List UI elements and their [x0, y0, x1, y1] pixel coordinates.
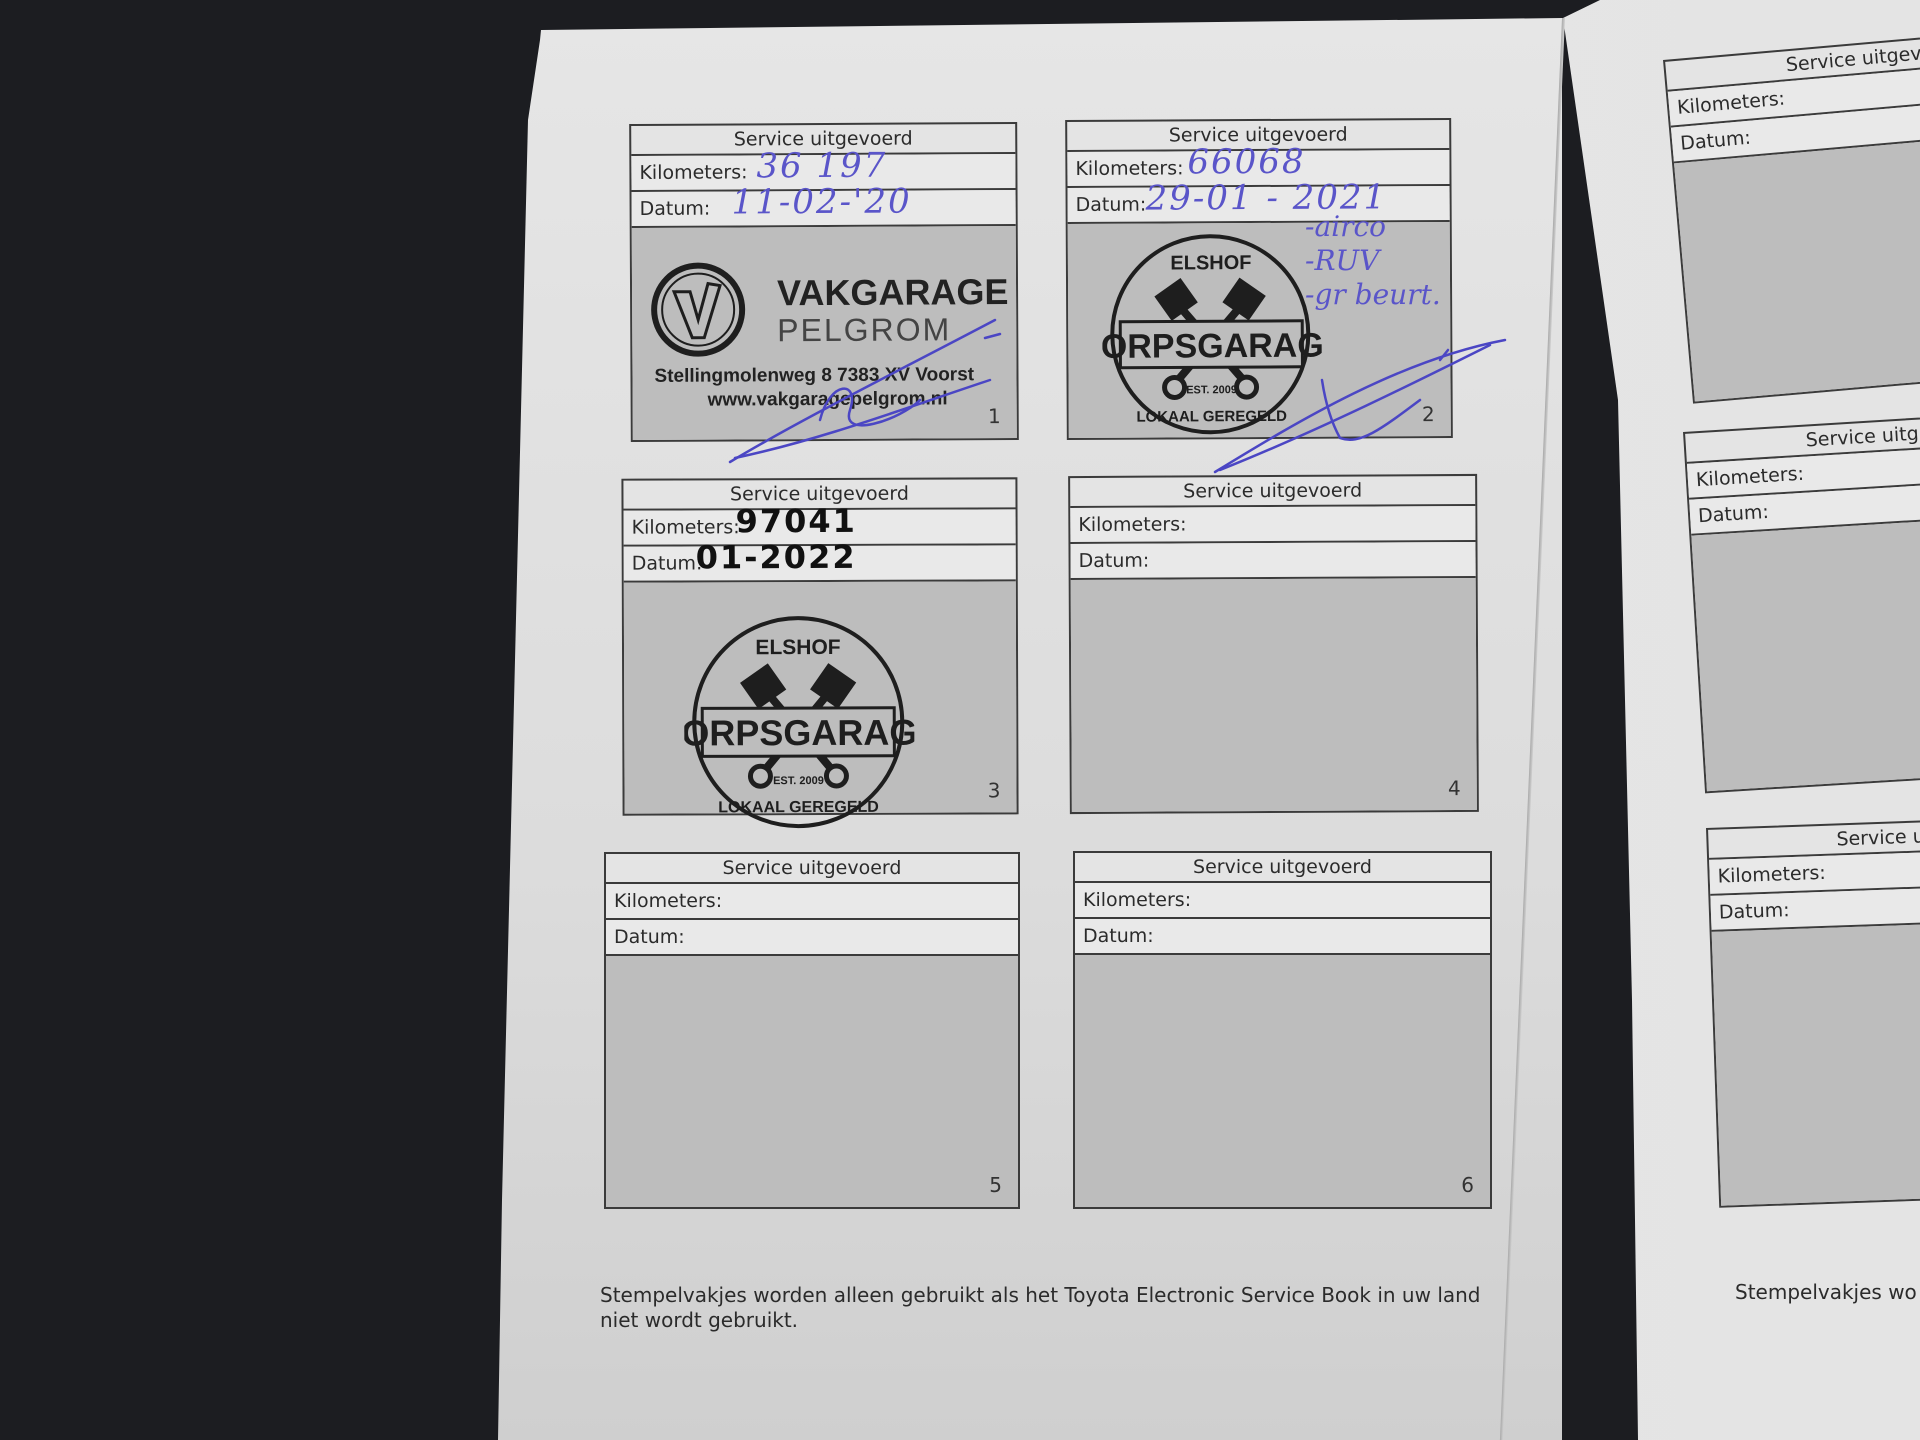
date-label: Datum:: [632, 552, 703, 574]
note-line: -gr beurt.: [1305, 278, 1441, 312]
km-value: 36 197: [756, 149, 887, 184]
km-row: Kilometers:: [1075, 883, 1490, 919]
date-label: Datum:: [1076, 194, 1147, 216]
note-line: -airco: [1305, 210, 1441, 244]
box-number: 2: [1422, 402, 1435, 426]
km-label: Kilometers:: [614, 890, 722, 912]
km-label: Kilometers:: [1717, 862, 1826, 888]
date-row: Datum: 11-02-'20: [632, 190, 1016, 228]
svg-text:ELSHOF: ELSHOF: [755, 636, 840, 659]
note-line: -RUV: [1305, 244, 1441, 278]
km-label: Kilometers:: [1075, 157, 1183, 180]
right-service-box-1: Service uitgevo Kilometers: Datum:: [1663, 34, 1920, 404]
date-label: Datum:: [1719, 899, 1790, 923]
service-box-6: Service uitgevoerd Kilometers: Datum: 6: [1073, 851, 1492, 1209]
date-label: Datum:: [614, 926, 685, 948]
stamp-area: 6: [1075, 955, 1490, 1207]
km-label: Kilometers:: [1676, 88, 1786, 119]
stamp-area: [1674, 138, 1920, 402]
stamp-name-line2: PELGROM: [777, 311, 951, 349]
box-number: 3: [988, 778, 1001, 802]
right-service-box-3: Service u Kilometers: Datum:: [1706, 819, 1920, 1208]
date-label: Datum:: [1697, 501, 1769, 527]
stamp-area: [1712, 923, 1920, 1206]
handwritten-notes: -airco -RUV -gr beurt.: [1305, 210, 1441, 312]
stamp-area: [1691, 519, 1920, 791]
km-row: Kilometers:: [606, 884, 1018, 920]
date-row: Datum:: [1075, 919, 1490, 955]
km-label: Kilometers:: [1078, 513, 1186, 536]
svg-text:ELSHOF: ELSHOF: [1170, 252, 1251, 274]
km-label: Kilometers:: [639, 161, 747, 184]
svg-text:LOKAAL GEREGELD: LOKAAL GEREGELD: [1136, 408, 1287, 426]
box-number: 6: [1461, 1173, 1474, 1197]
km-row: Kilometers:: [1070, 506, 1475, 544]
svg-text:DORPSGARAGE: DORPSGARAGE: [1102, 327, 1323, 366]
stamp-area: VAKGARAGE PELGROM Stellingmolenweg 8 738…: [632, 226, 1017, 440]
stamp-website: www.vakgaragepelgrom.nl: [708, 388, 948, 411]
v-circle-logo-icon: [650, 261, 771, 382]
stamp-address: Stellingmolenweg 8 7383 XV Voorst: [654, 364, 974, 388]
date-value: 11-02-'20: [731, 185, 911, 220]
svg-text:LOKAAL GEREGELD: LOKAAL GEREGELD: [718, 799, 879, 817]
km-value: 66068: [1187, 145, 1305, 180]
svg-text:EST. 2009: EST. 2009: [773, 775, 824, 787]
service-box-4: Service uitgevoerd Kilometers: Datum: 4: [1068, 474, 1479, 814]
date-value: 01-2022: [696, 540, 857, 575]
box-number: 5: [989, 1173, 1002, 1197]
km-value: 97041: [736, 504, 857, 538]
date-row: Datum:: [1070, 542, 1475, 580]
km-label: Kilometers:: [1083, 889, 1191, 911]
stamp-area: 4: [1071, 578, 1477, 812]
box-header: Service uitgevoerd: [606, 854, 1018, 884]
box-number: 1: [988, 404, 1001, 428]
date-row: Datum:: [606, 920, 1018, 956]
date-label: Datum:: [1083, 925, 1154, 947]
stamp-name-line1: VAKGARAGE: [777, 271, 1009, 314]
service-box-1: Service uitgevoerd Kilometers: 36 197 Da…: [629, 122, 1019, 442]
service-box-3: Service uitgevoerd Kilometers: 97041 Dat…: [621, 477, 1018, 815]
footer-note-right: Stempelvakjes wo wordt gebruikt.: [1735, 1280, 1920, 1305]
box-header: Service uitgevoerd: [1075, 853, 1490, 883]
dorpsgarage-stamp: DORPSGARAGE ELSHOF EST. 2009 LOKAAL GERE…: [1102, 229, 1323, 440]
footer-note: Stempelvakjes worden alleen gebruikt als…: [600, 1283, 1500, 1333]
svg-text:EST. 2009: EST. 2009: [1186, 384, 1237, 396]
box-header: Service uitgevoerd: [1070, 476, 1475, 508]
service-box-5: Service uitgevoerd Kilometers: Datum: 5: [604, 852, 1020, 1209]
date-label: Datum:: [1079, 550, 1150, 572]
stamp-area: DORPSGARAGE ELSHOF EST. 2009 LOKAAL GERE…: [624, 581, 1017, 813]
box-number: 4: [1448, 776, 1461, 800]
stamp-area: 5: [606, 956, 1018, 1207]
date-row: Datum: 01-2022: [624, 545, 1016, 582]
km-label: Kilometers:: [1695, 463, 1804, 492]
right-service-box-2: Service uitg Kilometers: Datum:: [1683, 415, 1920, 793]
svg-text:DORPSGARAGE: DORPSGARAGE: [684, 712, 915, 754]
date-label: Datum:: [1679, 127, 1751, 155]
km-label: Kilometers:: [632, 516, 740, 538]
date-label: Datum:: [640, 198, 711, 220]
dorpsgarage-stamp: DORPSGARAGE ELSHOF EST. 2009 LOKAAL GERE…: [684, 612, 915, 833]
